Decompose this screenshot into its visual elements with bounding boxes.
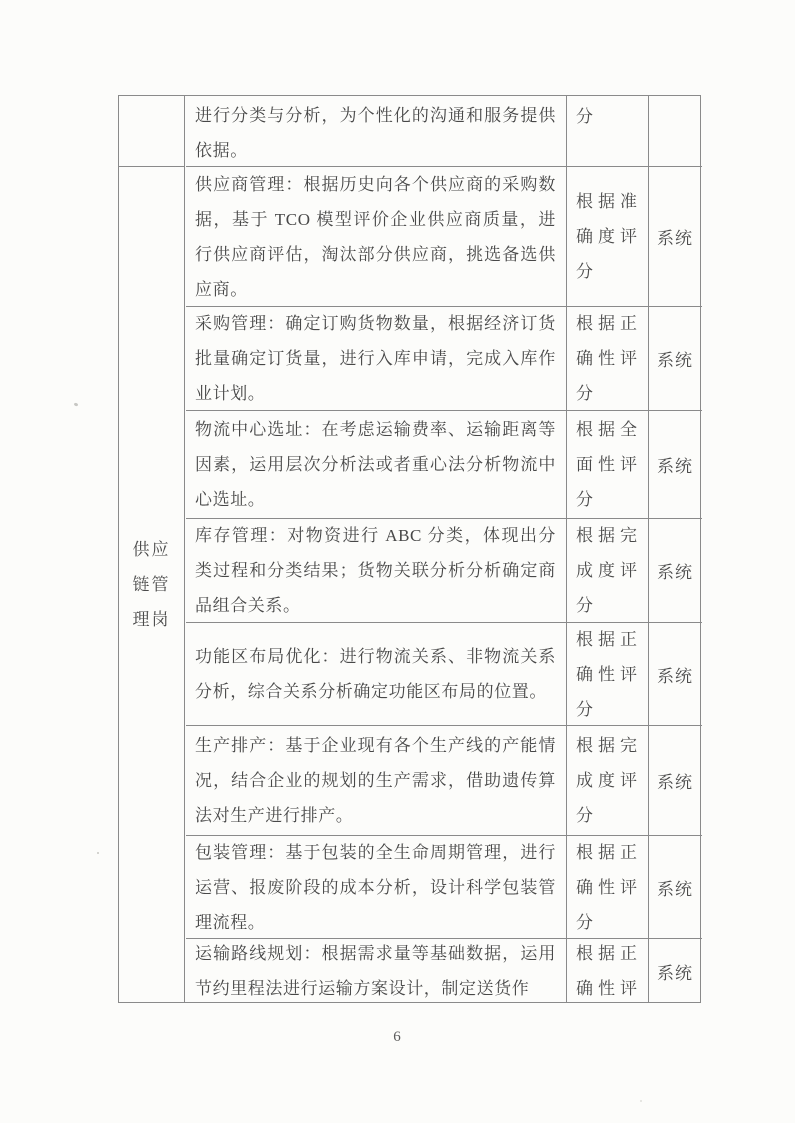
scoring-text: 根据正确性评分	[576, 836, 648, 938]
position-task-table: 供应链管理岗 进行分类与分析，为个性化的沟通和服务提供依据。 分 供应商管理：根…	[118, 95, 701, 1003]
scoring-text: 根据完成度评分	[576, 728, 648, 833]
table-row: 生产排产：基于企业现有各个生产线的产能情况，结合企业的规划的生产需求，借助遗传算…	[186, 726, 702, 836]
task-cell: 运输路线规划：根据需求量等基础数据，运用节约里程法进行运输方案设计，制定送货作	[186, 939, 567, 1003]
evaluator-text: 系统	[657, 875, 693, 900]
task-text: 包装管理：基于包装的全生命周期管理，进行运营、报废阶段的成本分析，设计科学包装管…	[195, 836, 556, 938]
scoring-text: 根据正确性评分	[576, 307, 648, 410]
evaluator-text: 系统	[657, 224, 693, 249]
category-column: 供应链管理岗	[119, 96, 185, 1002]
task-cell: 供应商管理：根据历史向各个供应商的采购数据，基于 TCO 模型评价企业供应商质量…	[186, 167, 567, 306]
page-number: 6	[0, 1029, 795, 1046]
category-label-vertical: 供应链管理岗	[132, 532, 172, 637]
scoring-cell: 分	[567, 96, 649, 166]
scoring-cell: 根据完成度评分	[567, 519, 649, 622]
task-text: 生产排产：基于企业现有各个生产线的产能情况，结合企业的规划的生产需求，借助遗传算…	[195, 728, 556, 833]
table-row: 包装管理：基于包装的全生命周期管理，进行运营、报废阶段的成本分析，设计科学包装管…	[186, 836, 702, 939]
task-text: 库存管理：对物资进行 ABC 分类，体现出分类过程和分类结果；货物关联分析分析确…	[195, 519, 556, 622]
scoring-text: 分	[576, 99, 598, 134]
scanned-document-page: 供应链管理岗 进行分类与分析，为个性化的沟通和服务提供依据。 分 供应商管理：根…	[0, 0, 795, 1123]
scoring-text: 根据准确度评分	[576, 184, 648, 289]
evaluator-text: 系统	[657, 768, 693, 793]
scoring-cell: 根据正确性评	[567, 939, 649, 1003]
task-text: 供应商管理：根据历史向各个供应商的采购数据，基于 TCO 模型评价企业供应商质量…	[195, 167, 556, 306]
task-cell: 进行分类与分析，为个性化的沟通和服务提供依据。	[186, 96, 567, 166]
scoring-cell: 根据正确性评分	[567, 623, 649, 725]
evaluator-cell: 系统	[649, 519, 701, 622]
task-text: 采购管理：确定订购货物数量，根据经济订货批量确定订货量，进行入库申请，完成入库作…	[195, 307, 556, 410]
scoring-cell: 根据正确性评分	[567, 307, 649, 410]
table-row: 库存管理：对物资进行 ABC 分类，体现出分类过程和分类结果；货物关联分析分析确…	[186, 519, 702, 623]
scan-speck	[97, 852, 99, 854]
scoring-cell: 根据准确度评分	[567, 167, 649, 306]
scan-speck	[74, 402, 79, 406]
task-cell: 库存管理：对物资进行 ABC 分类，体现出分类过程和分类结果；货物关联分析分析确…	[186, 519, 567, 622]
task-cell: 生产排产：基于企业现有各个生产线的产能情况，结合企业的规划的生产需求，借助遗传算…	[186, 726, 567, 835]
evaluator-cell: 系统	[649, 836, 701, 938]
scoring-text: 根据正确性评分	[576, 623, 648, 725]
evaluator-text: 系统	[657, 662, 693, 687]
evaluator-cell: 系统	[649, 726, 701, 835]
task-text: 进行分类与分析，为个性化的沟通和服务提供依据。	[195, 98, 556, 166]
table-row: 运输路线规划：根据需求量等基础数据，运用节约里程法进行运输方案设计，制定送货作 …	[186, 939, 702, 1003]
table-row: 物流中心选址：在考虑运输费率、运输距离等因素，运用层次分析法或者重心法分析物流中…	[186, 411, 702, 519]
task-cell: 物流中心选址：在考虑运输费率、运输距离等因素，运用层次分析法或者重心法分析物流中…	[186, 411, 567, 518]
task-cell: 采购管理：确定订购货物数量，根据经济订货批量确定订货量，进行入库申请，完成入库作…	[186, 307, 567, 410]
table-row: 供应商管理：根据历史向各个供应商的采购数据，基于 TCO 模型评价企业供应商质量…	[186, 167, 702, 307]
evaluator-text: 系统	[657, 558, 693, 583]
task-cell: 包装管理：基于包装的全生命周期管理，进行运营、报废阶段的成本分析，设计科学包装管…	[186, 836, 567, 938]
table-rows: 进行分类与分析，为个性化的沟通和服务提供依据。 分 供应商管理：根据历史向各个供…	[186, 96, 702, 1003]
table-row: 功能区布局优化：进行物流关系、非物流关系分析，综合关系分析确定功能区布局的位置。…	[186, 623, 702, 726]
task-text: 功能区布局优化：进行物流关系、非物流关系分析，综合关系分析确定功能区布局的位置。	[195, 639, 556, 709]
task-cell: 功能区布局优化：进行物流关系、非物流关系分析，综合关系分析确定功能区布局的位置。	[186, 623, 567, 725]
task-text: 物流中心选址：在考虑运输费率、运输距离等因素，运用层次分析法或者重心法分析物流中…	[195, 412, 556, 517]
category-empty-cell	[119, 96, 184, 167]
evaluator-cell: 系统	[649, 411, 701, 518]
scoring-cell: 根据完成度评分	[567, 726, 649, 835]
scan-speck	[640, 1100, 642, 1102]
evaluator-cell: 系统	[649, 307, 701, 410]
scoring-text: 根据正确性评	[576, 939, 648, 1003]
evaluator-cell: 系统	[649, 939, 701, 1003]
evaluator-cell: 系统	[649, 623, 701, 725]
evaluator-text: 系统	[657, 959, 693, 984]
scoring-text: 根据全面性评分	[576, 412, 648, 517]
evaluator-text: 系统	[657, 452, 693, 477]
evaluator-cell: 系统	[649, 167, 701, 306]
table-row: 进行分类与分析，为个性化的沟通和服务提供依据。 分	[186, 96, 702, 167]
evaluator-text: 系统	[657, 346, 693, 371]
table-row: 采购管理：确定订购货物数量，根据经济订货批量确定订货量，进行入库申请，完成入库作…	[186, 307, 702, 411]
scoring-cell: 根据全面性评分	[567, 411, 649, 518]
evaluator-cell	[649, 96, 701, 166]
scoring-cell: 根据正确性评分	[567, 836, 649, 938]
scoring-text: 根据完成度评分	[576, 519, 648, 622]
task-text: 运输路线规划：根据需求量等基础数据，运用节约里程法进行运输方案设计，制定送货作	[195, 939, 556, 1003]
